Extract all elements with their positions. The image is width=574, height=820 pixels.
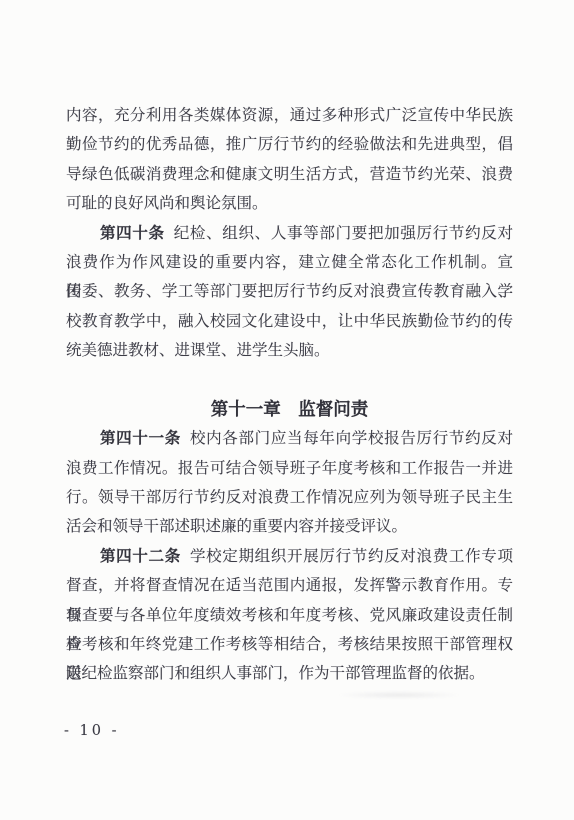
body-text: 内容，充分利用各类媒体资源，通过多种形式广泛宣传中华民族 勤俭节约的优秀品德，推… (66, 101, 513, 689)
text-line: 送纪检监察部门和组织人事部门，作为干部管理监督的依据。 (66, 659, 513, 688)
document-page: 内容，充分利用各类媒体资源，通过多种形式广泛宣传中华民族 勤俭节约的优秀品德，推… (0, 0, 574, 820)
article-first-line: 第四十条纪检、组织、人事等部门要把加强厉行节约反对 (66, 219, 513, 248)
page-number: - 10 - (64, 723, 119, 739)
text-line: 查考核和年终党建工作考核等相结合，考核结果按照干部管理权限 (66, 630, 513, 659)
text-line: 团委、教务、学工等部门要把厉行节约反对浪费宣传教育融入学 (66, 277, 513, 306)
article-number: 第四十二条 (100, 548, 181, 565)
text-line: 可耻的良好风尚和舆论氛围。 (66, 189, 513, 218)
text-line: 勤俭节约的优秀品德，推广厉行节约的经验做法和先进典型，倡 (66, 130, 513, 159)
text-line: 内容，充分利用各类媒体资源，通过多种形式广泛宣传中华民族 (66, 101, 513, 130)
article-text: 校内各部门应当每年向学校报告厉行节约反对 (190, 430, 513, 447)
article-first-line: 第四十一条校内各部门应当每年向学校报告厉行节约反对 (66, 424, 513, 453)
text-line: 导绿色低碳消费理念和健康文明生活方式，营造节约光荣、浪费 (66, 160, 513, 189)
text-line: 督查要与各单位年度绩效考核和年度考核、党风廉政建设责任制检 (66, 601, 513, 630)
article-text: 纪检、组织、人事等部门要把加强厉行节约反对 (174, 225, 513, 242)
text-line: 活会和领导干部述职述廉的重要内容并接受评议。 (66, 512, 513, 541)
text-line: 统美德进教材、进课堂、进学生头脑。 (66, 336, 513, 365)
text-line: 浪费作为作风建设的重要内容，建立健全常态化工作机制。宣传、 (66, 248, 513, 277)
text-line: 督查，并将督查情况在适当范围内通报，发挥警示教育作用。专项 (66, 571, 513, 600)
article-number: 第四十一条 (100, 430, 181, 447)
chapter-heading: 第十一章 监督问责 (66, 395, 513, 424)
article-number: 第四十条 (100, 225, 165, 242)
blank-line (66, 366, 513, 395)
article-text: 学校定期组织开展厉行节约反对浪费工作专项 (190, 548, 513, 565)
scan-artifact (338, 691, 460, 699)
article-first-line: 第四十二条学校定期组织开展厉行节约反对浪费工作专项 (66, 542, 513, 571)
text-line: 浪费工作情况。报告可结合领导班子年度考核和工作报告一并进 (66, 454, 513, 483)
text-line: 校教育教学中，融入校园文化建设中，让中华民族勤俭节约的传 (66, 307, 513, 336)
text-line: 行。领导干部厉行节约反对浪费工作情况应列为领导班子民主生 (66, 483, 513, 512)
